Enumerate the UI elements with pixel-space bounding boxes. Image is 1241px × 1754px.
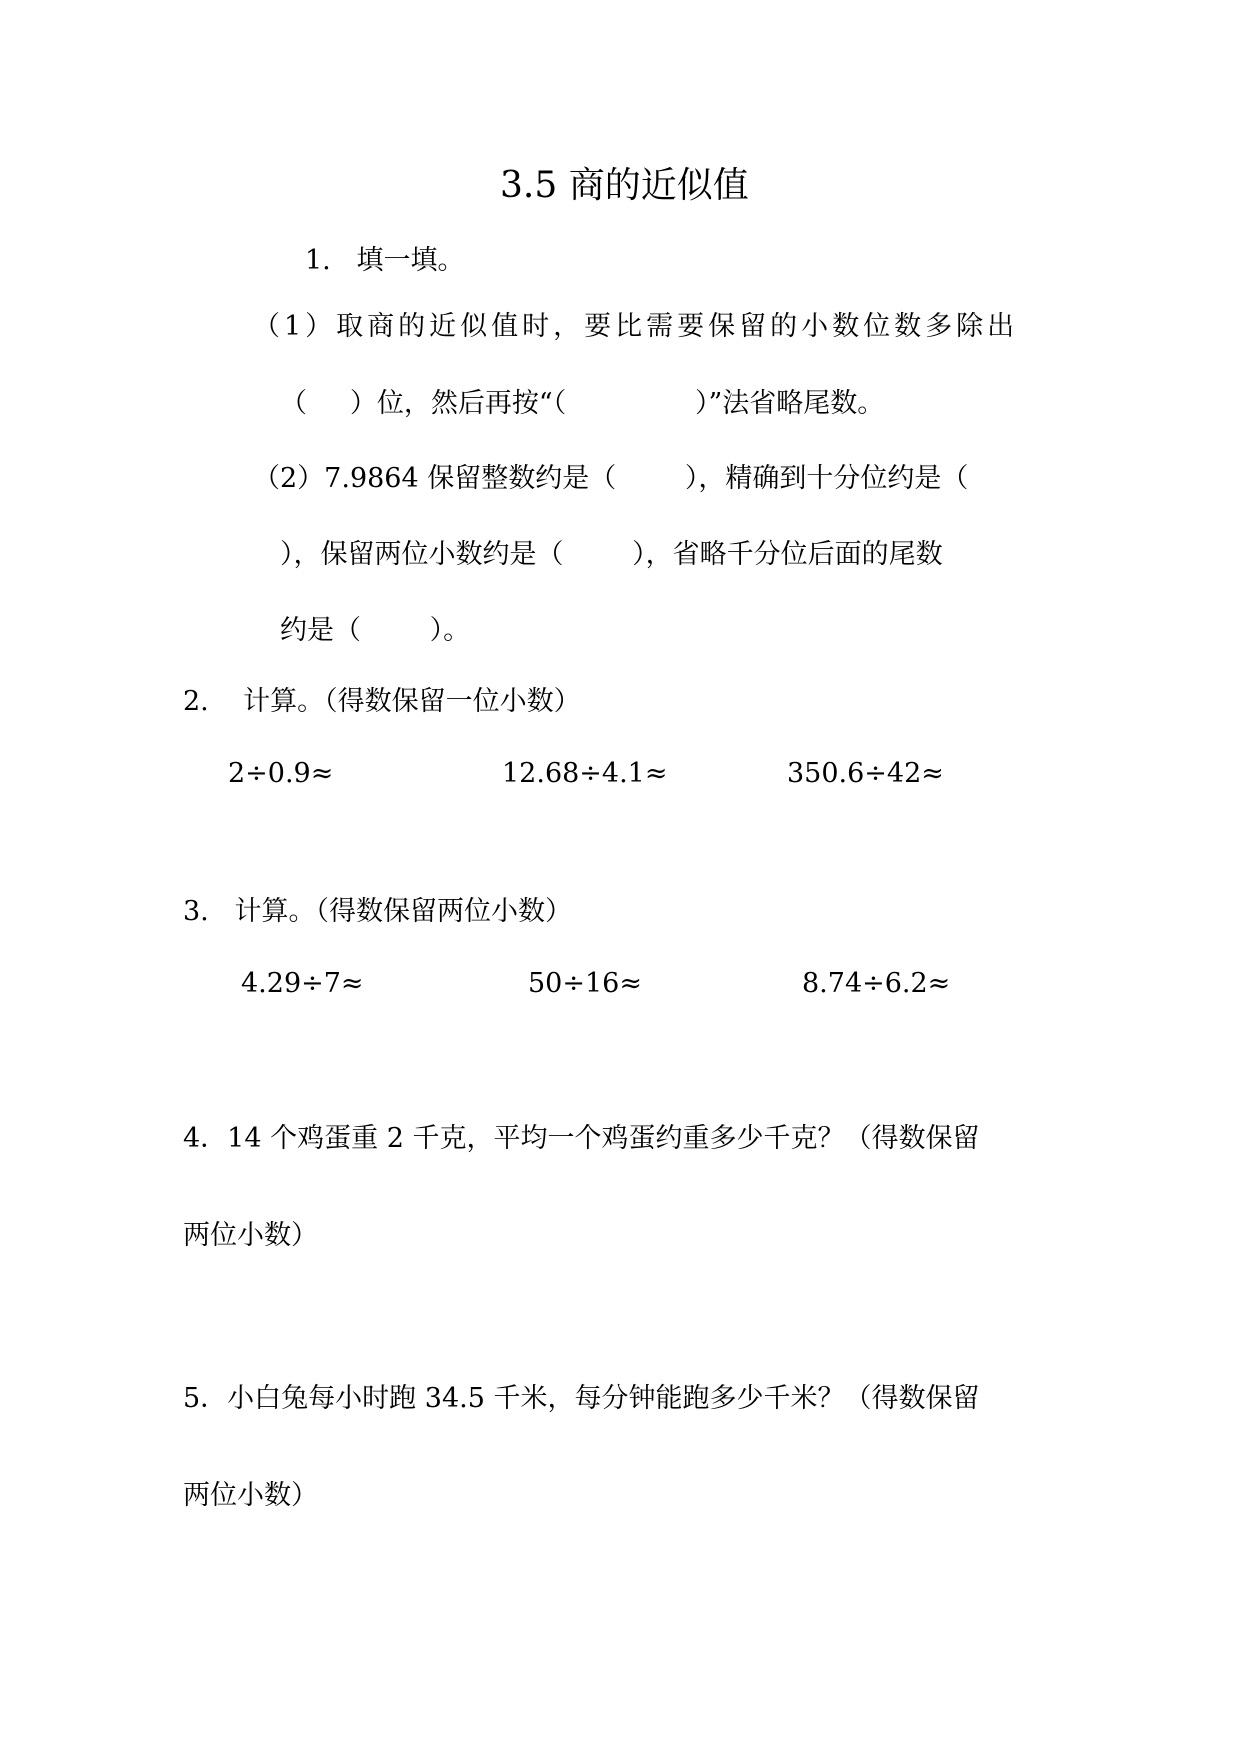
- q2-item-2: 12.68÷4.1≈: [502, 760, 667, 787]
- q2-item-1: 2÷0.9≈: [228, 760, 333, 787]
- q3-item-2: 50÷16≈: [528, 970, 642, 997]
- page-title: 3.5 商的近似值: [500, 168, 749, 204]
- q4-line1: 4．14 个鸡蛋重 2 千克，平均一个鸡蛋约重多少千克？（得数保留: [183, 1125, 979, 1152]
- q5-line1: 5．小白兔每小时跑 34.5 千米，每分钟能跑多少千米？（得数保留: [183, 1385, 979, 1412]
- q4-line2: 两位小数）: [183, 1222, 318, 1249]
- q5-line2: 两位小数）: [183, 1482, 318, 1509]
- q3-item-3: 8.74÷6.2≈: [802, 970, 950, 997]
- q2-heading: 2. 计算。（得数保留一位小数）: [183, 688, 581, 715]
- q3-heading: 3. 计算。（得数保留两位小数）: [183, 898, 572, 925]
- q1-part1-line1: （1）取商的近似值时，要比需要保留的小数位数多除出: [253, 313, 1018, 340]
- q3-item-1: 4.29÷7≈: [241, 970, 364, 997]
- q1-part2-line2: ），保留两位小数约是（ ），省略千分位后面的尾数: [280, 541, 943, 568]
- q1-part2-line3: 约是（ ）。: [280, 617, 470, 644]
- q2-item-3: 350.6÷42≈: [787, 760, 944, 787]
- q1-part2-line1: （2）7.9864 保留整数约是（ ），精确到十分位约是（: [253, 465, 968, 492]
- q1-part1-line2: （ ）位，然后再按“（ ）”法省略尾数。: [280, 390, 884, 417]
- q1-heading: 1. 填一填。: [305, 247, 465, 274]
